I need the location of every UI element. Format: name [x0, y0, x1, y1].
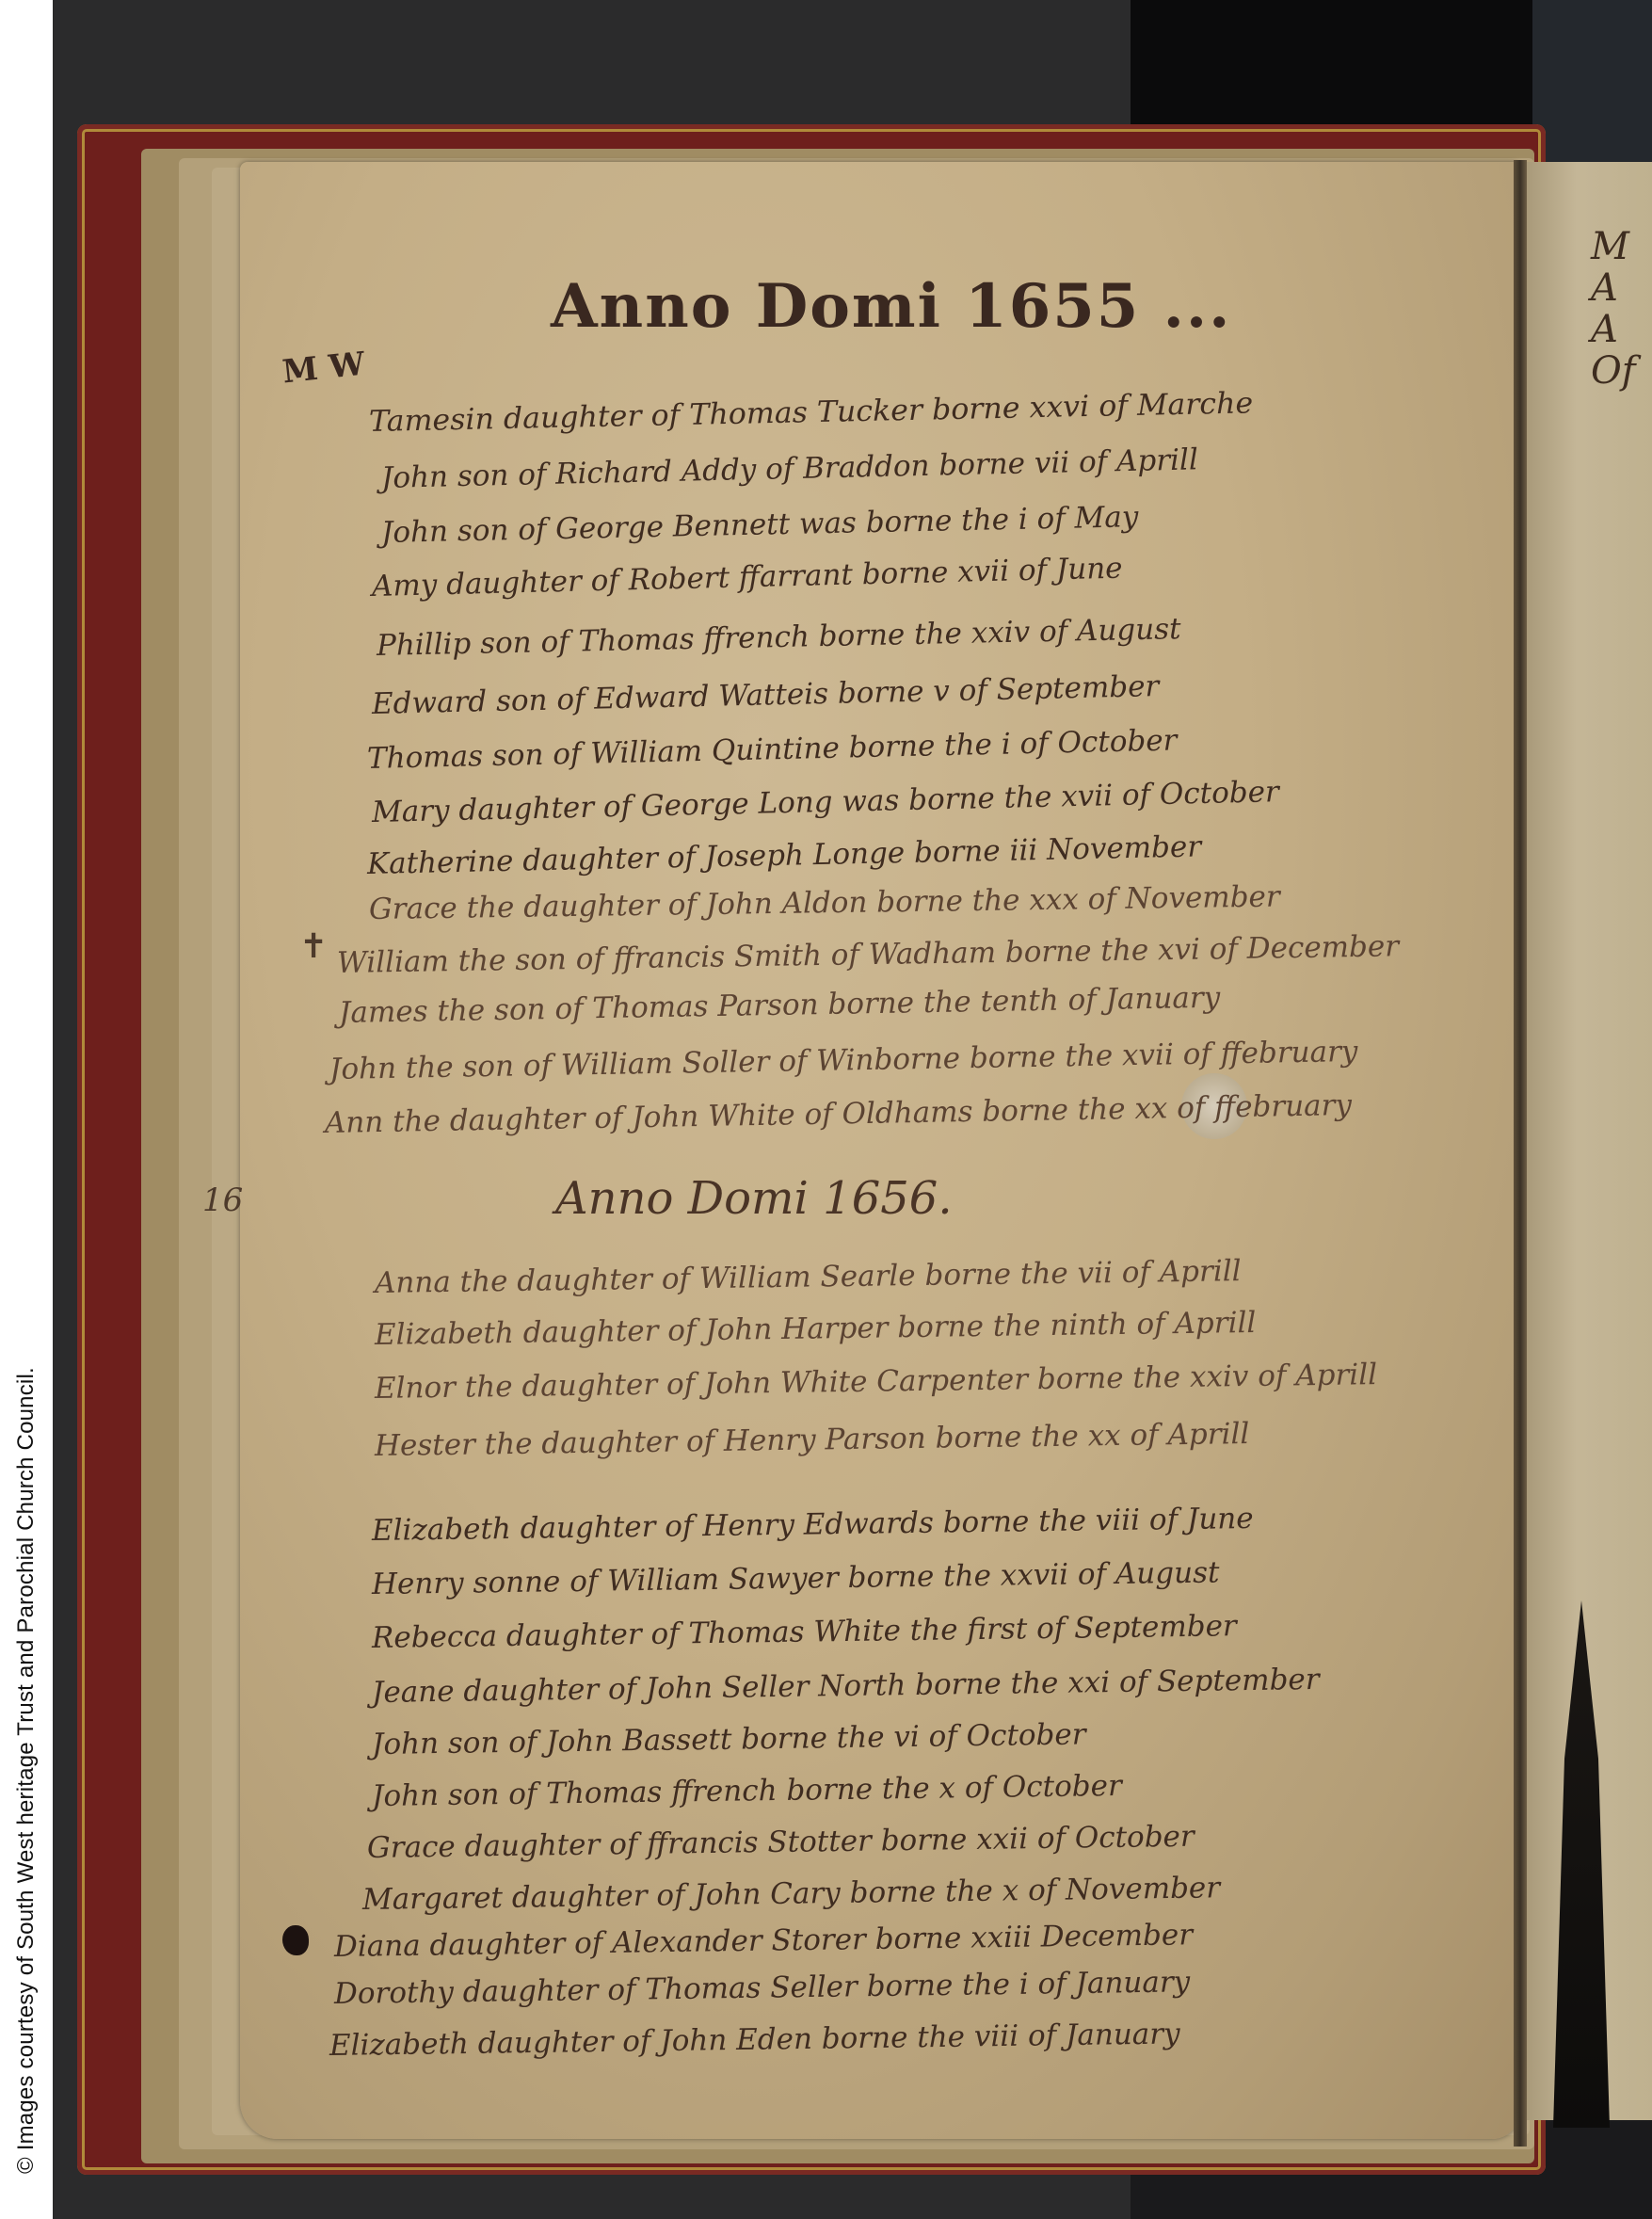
- credit-strip: © Images courtesy of South West heritage…: [0, 0, 53, 2219]
- facing-letter: M: [1591, 226, 1636, 267]
- margin-mark: M W: [281, 349, 367, 388]
- ink-blot: [282, 1925, 309, 1955]
- facing-page-text: M A A Of: [1591, 226, 1636, 392]
- facing-letter: A: [1591, 267, 1636, 309]
- facing-letter: Of: [1591, 350, 1636, 392]
- image-credit: © Images courtesy of South West heritage…: [13, 1367, 40, 2174]
- margin-cross-icon: ✝: [299, 927, 328, 966]
- margin-number: 16: [202, 1182, 243, 1219]
- section-heading-1656: Anno Domi 1656.: [555, 1172, 953, 1225]
- facing-letter: A: [1591, 309, 1636, 350]
- book-gutter: [1514, 160, 1527, 2147]
- section-heading-1655: Anno Domi 1655 ...: [551, 271, 1231, 342]
- backdrop-panel: [1532, 0, 1652, 165]
